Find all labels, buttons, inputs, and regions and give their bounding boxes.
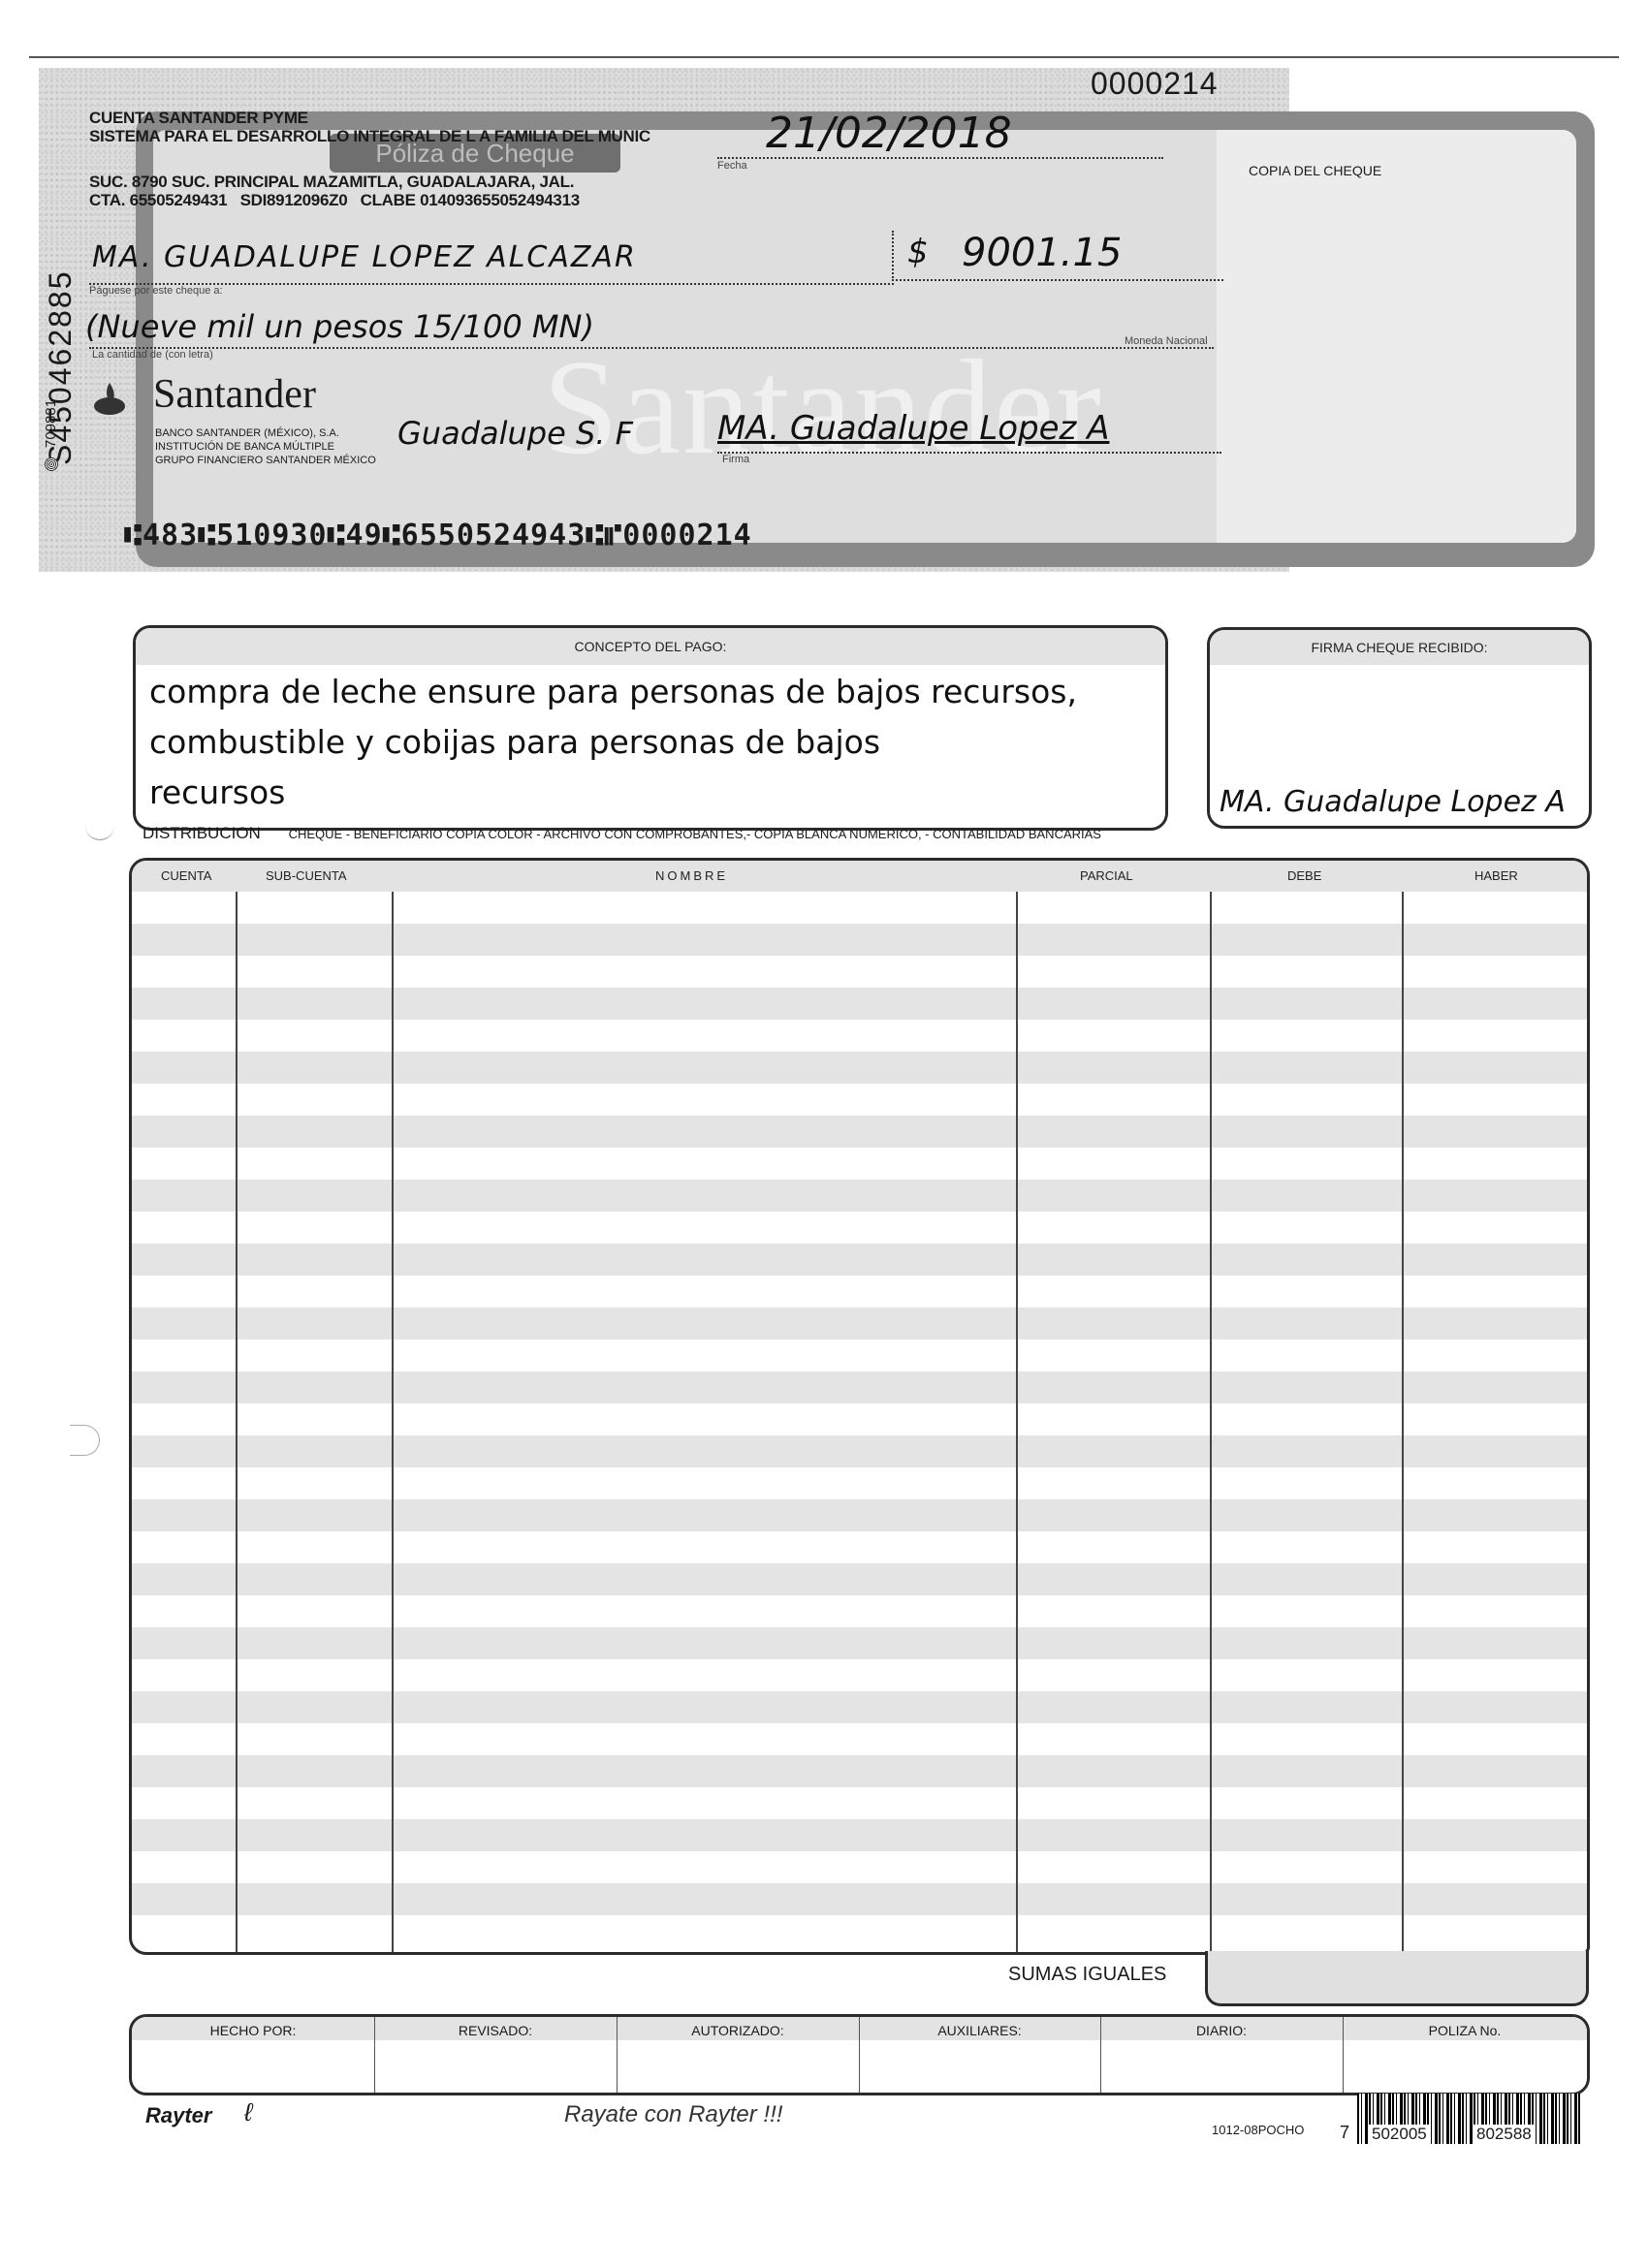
col-header-subcuenta: SUB-CUENTA <box>266 868 347 883</box>
check-copy-panel <box>1217 130 1576 543</box>
amount-box: $ 9001.15 <box>892 231 1223 281</box>
rayter-pen-icon: ℓ <box>244 2097 252 2127</box>
barcode-digit-prefix: 7 <box>1340 2123 1349 2143</box>
concepto-line: combustible y cobijas para personas de b… <box>149 717 1077 768</box>
signature-line <box>717 450 1221 454</box>
binder-hole-mark <box>70 1425 100 1456</box>
signoff-poliza-no[interactable]: POLIZA No. <box>1343 2017 1587 2093</box>
bank-legal-line: BANCO SANTANDER (MÉXICO), S.A. <box>155 426 376 440</box>
bank-name: Santander <box>153 371 316 418</box>
barcode-digits-left: 502005 <box>1369 2125 1430 2144</box>
col-divider <box>1016 892 1018 1952</box>
copy-label: COPIA DEL CHEQUE <box>1249 163 1381 178</box>
santander-watermark: Santander <box>543 330 1103 486</box>
col-divider <box>1402 892 1404 1952</box>
sumas-iguales-label: SUMAS IGUALES <box>1008 1964 1166 1986</box>
distribucion-row: DISTRIBUCION CHEQUE - BENEFICIARIO COPIA… <box>143 824 1101 843</box>
col-divider <box>392 892 394 1952</box>
amount-words: (Nueve mil un pesos 15/100 MN) <box>85 308 594 345</box>
amount-symbol: $ <box>907 233 929 271</box>
signoff-auxiliares[interactable]: AUXILIARES: <box>859 2017 1101 2093</box>
signoff-table: HECHO POR: REVISADO: AUTORIZADO: AUXILIA… <box>129 2014 1590 2095</box>
amount-value: 9001.15 <box>962 231 1122 275</box>
signoff-revisado[interactable]: REVISADO: <box>374 2017 618 2093</box>
paper-edge-rule <box>29 56 1619 58</box>
drawer-signature-1: Guadalupe S. F <box>397 415 633 452</box>
firma-recibido-box: FIRMA CHEQUE RECIBIDO: MA. Guadalupe Lop… <box>1207 627 1592 829</box>
concepto-line: recursos <box>149 768 1077 818</box>
table-header: CUENTA SUB-CUENTA NOMBRE PARCIAL DEBE HA… <box>132 861 1587 892</box>
concepto-text[interactable]: compra de leche ensure para personas de … <box>149 667 1077 818</box>
check-date: 21/02/2018 <box>766 109 1012 158</box>
bank-legal: BANCO SANTANDER (MÉXICO), S.A. INSTITUCI… <box>155 426 376 467</box>
signoff-diario[interactable]: DIARIO: <box>1100 2017 1344 2093</box>
signoff-autorizado[interactable]: AUTORIZADO: <box>617 2017 860 2093</box>
bank-legal-line: INSTITUCIÓN DE BANCA MÚLTIPLE <box>155 440 376 454</box>
vertical-serial-small: 709881 <box>43 399 59 448</box>
branch-info: SUC. 8790 SUC. PRINCIPAL MAZAMITLA, GUAD… <box>89 173 574 191</box>
col-header-debe: DEBE <box>1287 868 1321 883</box>
payee-label: Páguese por este cheque a: <box>89 285 223 297</box>
amount-words-label: La cantidad de (con letra) <box>92 349 213 361</box>
currency-label: Moneda Nacional <box>1125 335 1208 347</box>
security-fingerprint-icon <box>45 457 58 471</box>
date-line <box>717 155 1163 159</box>
barcode-digits-right: 802588 <box>1474 2125 1535 2144</box>
col-divider <box>236 892 238 1952</box>
firma-recibido-label: FIRMA CHEQUE RECIBIDO: <box>1311 640 1487 655</box>
date-label: Fecha <box>717 160 747 172</box>
bank-legal-line: GRUPO FINANCIERO SANTANDER MÉXICO <box>155 454 376 467</box>
col-header-nombre: NOMBRE <box>655 868 728 883</box>
col-header-haber: HABER <box>1474 868 1518 883</box>
account-holder: SISTEMA PARA EL DESARROLLO INTEGRAL DE L… <box>89 127 650 145</box>
rayter-logo: Rayter <box>145 2103 211 2128</box>
distribucion-label: DISTRIBUCION <box>143 824 261 842</box>
col-header-cuenta: CUENTA <box>161 868 211 883</box>
slogan: Rayate con Rayter !!! <box>564 2101 782 2128</box>
santander-flame-icon <box>93 381 126 416</box>
col-header-parcial: PARCIAL <box>1080 868 1133 883</box>
signoff-hecho-por[interactable]: HECHO POR: <box>132 2017 375 2093</box>
col-divider <box>1210 892 1212 1952</box>
signature-label: Firma <box>722 454 749 465</box>
sumas-iguales-field[interactable] <box>1205 1951 1589 2006</box>
account-numbers: CTA. 65505249431 SDI8912096Z0 CLABE 0140… <box>89 191 580 209</box>
firma-recibido-signature[interactable]: MA. Guadalupe Lopez A <box>1220 785 1566 819</box>
payee-name: MA. GUADALUPE LOPEZ ALCAZAR <box>92 240 637 274</box>
accounting-table: CUENTA SUB-CUENTA NOMBRE PARCIAL DEBE HA… <box>129 858 1590 1955</box>
concepto-line: compra de leche ensure para personas de … <box>149 667 1077 717</box>
drawer-signature-2: MA. Guadalupe Lopez A <box>717 409 1109 448</box>
concepto-box: CONCEPTO DEL PAGO: compra de leche ensur… <box>133 625 1168 831</box>
distribucion-text: CHEQUE - BENEFICIARIO COPIA COLOR - ARCH… <box>289 827 1101 841</box>
micr-line: ⑆483⑆510930⑆49⑆6550524943⑆⑈0000214 <box>124 519 752 552</box>
binder-hole-mark <box>85 826 114 840</box>
concepto-label: CONCEPTO DEL PAGO: <box>575 639 727 654</box>
form-code: 1012-08POCHO <box>1212 2123 1304 2137</box>
check-number: 0000214 <box>1091 66 1219 102</box>
account-type: CUENTA SANTANDER PYME <box>89 109 308 127</box>
